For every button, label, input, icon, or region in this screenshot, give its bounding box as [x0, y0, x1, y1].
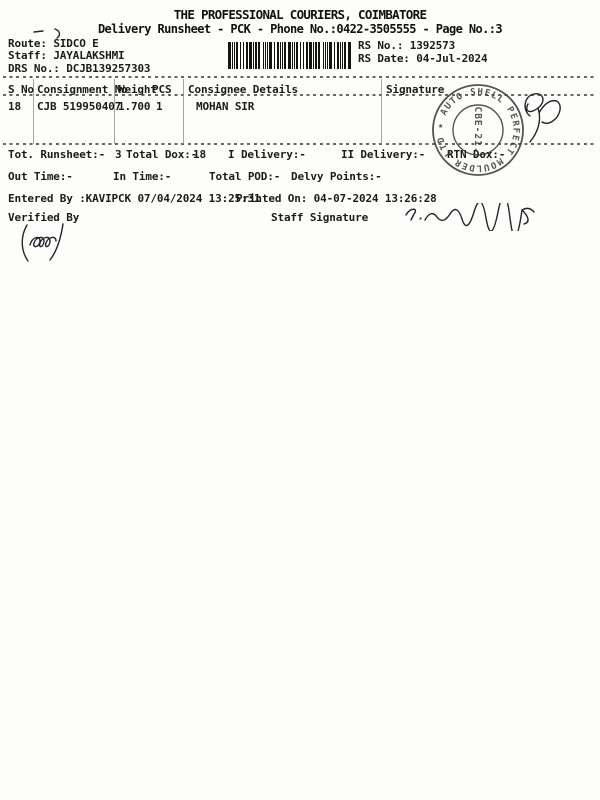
staff-signature-script — [402, 203, 538, 231]
verified-by-signature — [16, 219, 78, 263]
cell-consignee: MOHAN SIR — [196, 100, 254, 113]
delvy-points: Delvy Points:- — [291, 170, 382, 183]
delivery-runsheet-document: THE PROFESSIONAL COURIERS, COIMBATORE De… — [0, 0, 600, 800]
tot-runsheet-label: Tot. Runsheet:- — [8, 148, 105, 161]
rs-date-value: 04-Jul-2024 — [416, 52, 487, 65]
col-header-consignee: Consignee Details — [188, 83, 298, 96]
drs-line: DRS No.: DCJB139257303 — [8, 62, 150, 75]
cell-consignment: CJB 519950407 — [37, 100, 121, 113]
in-time: In Time:- — [113, 170, 171, 183]
cell-pcs: 1 — [156, 100, 162, 113]
cell-weight: 1.700 — [118, 100, 150, 113]
tot-i-delivery: I Delivery:- — [228, 148, 306, 161]
entered-by: Entered By :KAVIPCK 07/04/2024 13:25:31 — [8, 192, 260, 205]
table-column-divider — [381, 79, 382, 144]
rs-no-line: RS No.: 1392573 — [358, 39, 455, 52]
stamp-center-text: CBE-21. — [472, 106, 483, 153]
runsheet-subtitle: Delivery Runsheet - PCK - Phone No.:0422… — [0, 22, 600, 36]
dashed-separator-top — [3, 76, 597, 78]
rs-no-value: 1392573 — [410, 39, 455, 52]
cell-sno: 18 — [8, 100, 21, 113]
drs-barcode — [228, 42, 354, 69]
staff-line: Staff: JAYALAKSHMI — [8, 49, 125, 62]
company-title: THE PROFESSIONAL COURIERS, COIMBATORE — [0, 7, 600, 22]
total-pod: Total POD:- — [209, 170, 280, 183]
rs-date-label: RS Date: — [358, 52, 410, 65]
rs-no-label: RS No.: — [358, 39, 403, 52]
rs-date-line: RS Date: 04-Jul-2024 — [358, 52, 487, 65]
tot-runsheet-value: 3 — [115, 148, 121, 161]
tot-ii-delivery: II Delivery:- — [341, 148, 425, 161]
table-column-divider — [183, 79, 184, 144]
col-header-consignment: Consignment No — [37, 83, 128, 96]
col-header-sno: S No — [8, 83, 34, 96]
drs-value: DCJB139257303 — [66, 62, 150, 75]
col-header-pcs: PCS — [152, 83, 171, 96]
staff-label: Staff: — [8, 49, 47, 62]
tot-dox-label: Total Dox:- — [126, 148, 197, 161]
drs-label: DRS No.: — [8, 62, 60, 75]
staff-value: JAYALAKSHMI — [53, 49, 124, 62]
tot-dox-value: 18 — [193, 148, 206, 161]
auto-shell-stamp: ★ AUTO SHELL PERFECT MOULDER LTD CBE-21. — [430, 82, 526, 178]
staff-signature-label: Staff Signature — [271, 211, 368, 224]
out-time: Out Time:- — [8, 170, 73, 183]
